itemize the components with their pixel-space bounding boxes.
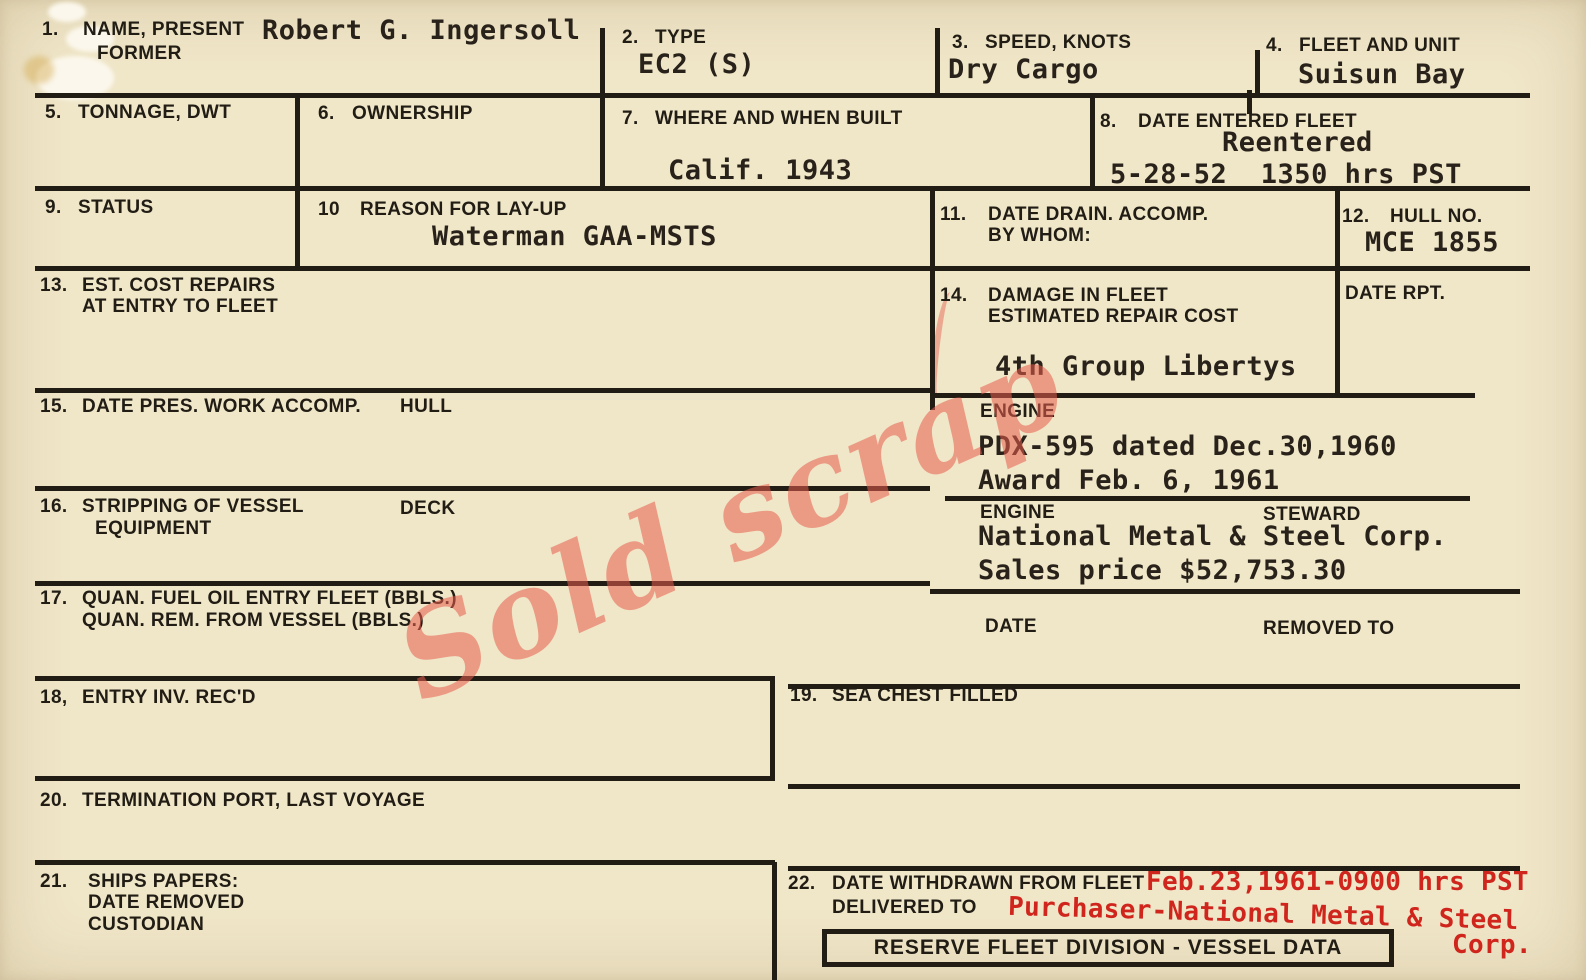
field21-label2: DATE REMOVED <box>88 893 244 913</box>
removed-to-label: REMOVED TO <box>1263 619 1394 639</box>
field13-label: EST. COST REPAIRS <box>82 276 275 296</box>
date-rpt-label: DATE RPT. <box>1345 284 1445 304</box>
field7-value-built: Calif. 1943 <box>668 156 852 186</box>
buyer-value: National Metal & Steel Corp. <box>978 522 1447 552</box>
field21-label3: CUSTODIAN <box>88 915 204 935</box>
grid-line <box>600 28 605 93</box>
grid-line <box>788 784 1520 789</box>
field20-label: TERMINATION PORT, LAST VOYAGE <box>82 791 425 811</box>
sales-price-value: Sales price $52,753.30 <box>978 556 1347 586</box>
field1-number: 1. <box>42 20 59 40</box>
engine-label-2: ENGINE <box>980 503 1055 523</box>
field11-label: DATE DRAIN. ACCOMP. <box>988 205 1208 225</box>
reserve-fleet-division-banner: RESERVE FLEET DIVISION - VESSEL DATA <box>822 929 1394 967</box>
field8-value-date: 5-28-52 1350 hrs PST <box>1110 160 1462 190</box>
field3-value-speed: Dry Cargo <box>948 55 1099 85</box>
grid-line <box>930 186 935 266</box>
grid-line <box>35 860 775 865</box>
grid-line <box>935 28 940 93</box>
field22-label2: DELIVERED TO <box>832 898 977 918</box>
field15-label: DATE PRES. WORK ACCOMP. <box>82 397 361 417</box>
field10-label: REASON FOR LAY-UP <box>360 200 567 220</box>
grid-line <box>930 589 1520 594</box>
engine-label-1: ENGINE <box>980 402 1055 422</box>
field15-number: 15. <box>40 397 68 417</box>
grid-line <box>1335 266 1340 393</box>
field3-label: SPEED, KNOTS <box>985 33 1131 53</box>
field7-label: WHERE AND WHEN BUILT <box>655 109 903 129</box>
engine-value-pdx: PDX-595 dated Dec.30,1960 <box>978 432 1397 462</box>
grid-line <box>295 93 300 186</box>
field11-number: 11. <box>940 205 967 225</box>
field21-label: SHIPS PAPERS: <box>88 872 239 892</box>
field19-label: SEA CHEST FILLED <box>832 686 1018 706</box>
field16-label: STRIPPING OF VESSEL <box>82 497 304 517</box>
field5-label: TONNAGE, DWT <box>78 103 231 123</box>
grid-line <box>295 186 300 266</box>
field6-label: OWNERSHIP <box>352 104 473 124</box>
field13-label2: AT ENTRY TO FLEET <box>82 297 278 317</box>
grid-line <box>35 266 1530 271</box>
field22-label: DATE WITHDRAWN FROM FLEET <box>832 874 1145 894</box>
field14-number: 14. <box>940 286 968 306</box>
field6-number: 6. <box>318 104 335 124</box>
field16-deck-label: DECK <box>400 499 455 519</box>
grid-line <box>772 862 777 980</box>
delivered-to-value-cont: Corp. <box>1452 930 1532 960</box>
field2-number: 2. <box>622 28 639 48</box>
field17-label2: QUAN. REM. FROM VESSEL (BBLS.) <box>82 611 424 631</box>
grid-line <box>930 388 935 410</box>
field20-number: 20. <box>40 791 68 811</box>
field11-label-bywhom: BY WHOM: <box>988 226 1091 246</box>
field15-hull-label: HULL <box>400 397 452 417</box>
grid-line <box>35 776 775 781</box>
field21-number: 21. <box>40 872 68 892</box>
grid-line <box>35 388 930 393</box>
field4-number: 4. <box>1266 36 1283 56</box>
grid-line <box>945 496 1470 501</box>
field13-number: 13. <box>40 276 68 296</box>
field14-value-group: 4th Group Libertys <box>995 352 1297 382</box>
field9-number: 9. <box>45 198 62 218</box>
field17-label: QUAN. FUEL OIL ENTRY FLEET (BBLS.) <box>82 589 457 609</box>
field1-label: NAME, PRESENT <box>83 20 244 40</box>
vessel-data-card: 1. NAME, PRESENT FORMER Robert G. Ingers… <box>0 0 1586 980</box>
field14-label: DAMAGE IN FLEET <box>988 286 1168 306</box>
grid-line <box>770 680 775 780</box>
field14-label2: ESTIMATED REPAIR COST <box>988 307 1238 327</box>
field12-number: 12. <box>1342 207 1370 227</box>
grid-line <box>35 486 930 491</box>
field22-number: 22. <box>788 874 816 894</box>
field8-value-reentered: Reentered <box>1222 128 1373 158</box>
field1-label-former: FORMER <box>97 44 182 64</box>
grid-line <box>930 266 935 393</box>
grid-line <box>930 393 1475 398</box>
grid-line <box>35 676 775 681</box>
field19-number: 19. <box>790 686 818 706</box>
field18-number: 18, <box>40 688 68 708</box>
field3-number: 3. <box>952 33 969 53</box>
field18-label: ENTRY INV. REC'D <box>82 688 256 708</box>
field1-value-ship-name: Robert G. Ingersoll <box>262 16 580 46</box>
field2-value-type: EC2 (S) <box>638 50 755 80</box>
field16-label2: EQUIPMENT <box>95 519 212 539</box>
banner-text: RESERVE FLEET DIVISION - VESSEL DATA <box>874 936 1343 960</box>
date-label: DATE <box>985 617 1037 637</box>
paper-stain <box>24 56 54 84</box>
field12-value-hull-no: MCE 1855 <box>1365 228 1499 258</box>
field17-number: 17. <box>40 589 68 609</box>
grid-line <box>1090 93 1095 186</box>
field5-number: 5. <box>45 103 62 123</box>
grid-line <box>35 581 930 586</box>
field16-number: 16. <box>40 497 68 517</box>
field2-label: TYPE <box>655 28 706 48</box>
field8-number: 8. <box>1100 112 1117 132</box>
field4-label: FLEET AND UNIT <box>1299 36 1460 56</box>
grid-line <box>600 93 605 186</box>
engine-value-award: Award Feb. 6, 1961 <box>978 466 1280 496</box>
grid-line <box>1335 186 1340 266</box>
withdrawn-date-value: Feb.23,1961-0900 hrs PST <box>1146 867 1529 897</box>
field12-label: HULL NO. <box>1390 207 1483 227</box>
grid-line <box>35 93 1530 98</box>
grid-line <box>1255 50 1260 93</box>
field4-value-fleet: Suisun Bay <box>1298 60 1466 90</box>
field10-value-layup: Waterman GAA-MSTS <box>432 222 717 252</box>
field10-number: 10 <box>318 200 340 220</box>
field7-number: 7. <box>622 109 639 129</box>
field9-label: STATUS <box>78 198 154 218</box>
